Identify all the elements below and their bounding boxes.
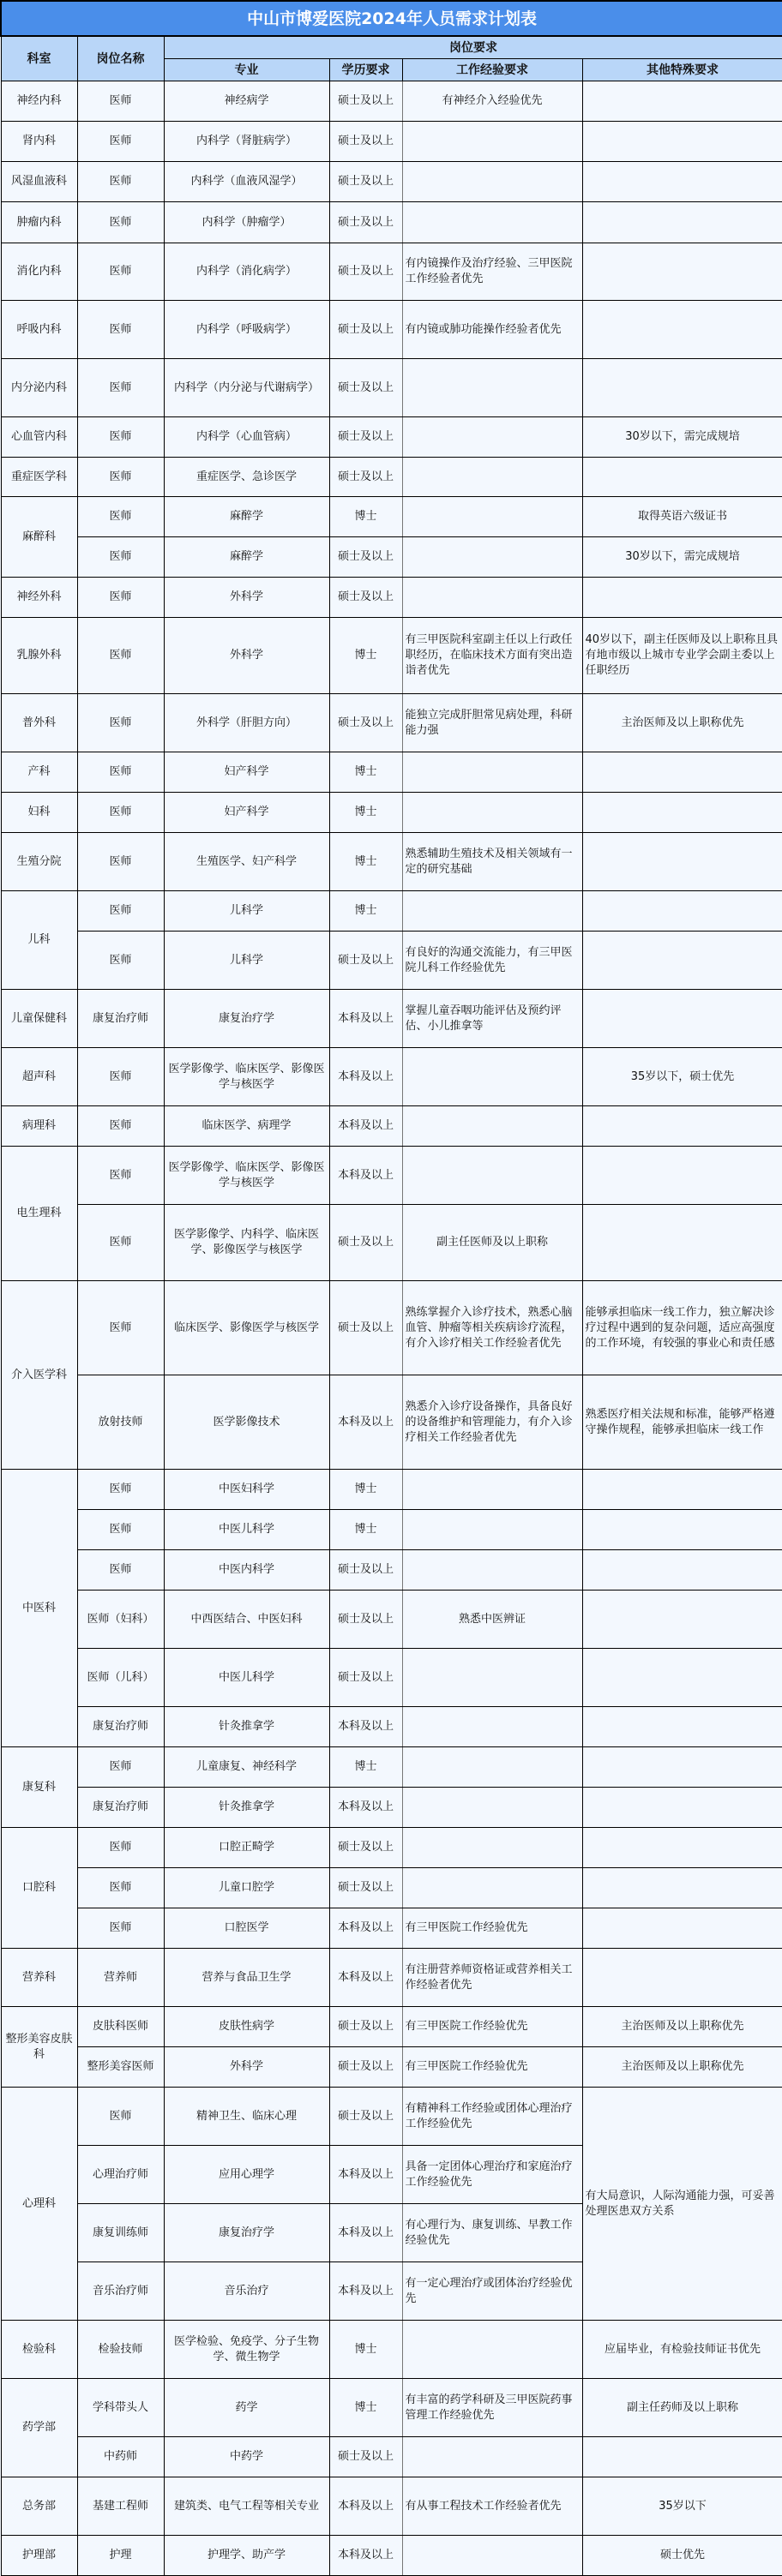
cell-major: 麻醉学 (164, 497, 329, 537)
cell-education: 本科及以上 (329, 1788, 402, 1828)
cell-dept: 介入医学科 (1, 1281, 77, 1470)
cell-major: 音乐治疗 (164, 2262, 329, 2321)
cell-major: 医学影像学、临床医学、影像医学与核医学 (164, 1048, 329, 1106)
cell-position: 医师 (77, 81, 164, 122)
cell-position: 医师 (77, 1205, 164, 1281)
table-row: 医师（妇科）中西医结合、中医妇科硕士及以上熟悉中医辨证 (1, 1591, 782, 1649)
cell-education: 博士 (329, 1470, 402, 1510)
cell-position: 医师 (77, 162, 164, 202)
cell-position: 医师 (77, 301, 164, 359)
header-position: 岗位名称 (77, 36, 164, 81)
cell-other (582, 578, 782, 618)
cell-education: 硕士及以上 (329, 578, 402, 618)
cell-dept: 麻醉科 (1, 497, 77, 578)
cell-dept: 超声科 (1, 1048, 77, 1106)
cell-experience: 有注册营养师资格证或营养相关工作经验者优先 (402, 1949, 582, 2007)
cell-major: 妇产科学 (164, 793, 329, 833)
cell-dept: 整形美容皮肤科 (1, 2007, 77, 2088)
cell-education: 硕士及以上 (329, 1550, 402, 1591)
cell-dept: 普外科 (1, 694, 77, 752)
cell-experience (402, 162, 582, 202)
cell-major: 中药学 (164, 2437, 329, 2477)
cell-other (582, 1949, 782, 2007)
table-row: 医师医学影像学、内科学、临床医学、影像医学与核医学硕士及以上副主任医师及以上职称 (1, 1205, 782, 1281)
cell-other (582, 1747, 782, 1788)
cell-education: 本科及以上 (329, 990, 402, 1048)
cell-experience (402, 1788, 582, 1828)
cell-education: 本科及以上 (329, 2146, 402, 2204)
cell-dept: 肾内科 (1, 122, 77, 162)
cell-major: 口腔正畸学 (164, 1828, 329, 1868)
cell-position: 康复治疗师 (77, 990, 164, 1048)
cell-experience (402, 1828, 582, 1868)
cell-major: 儿童口腔学 (164, 1868, 329, 1908)
cell-experience (402, 752, 582, 793)
cell-major: 医学影像学、临床医学、影像医学与核医学 (164, 1147, 329, 1205)
cell-education: 本科及以上 (329, 2477, 402, 2536)
cell-experience (402, 891, 582, 932)
table-row: 口腔科医师口腔正畸学硕士及以上 (1, 1828, 782, 1868)
cell-position: 护理 (77, 2536, 164, 2576)
cell-experience: 副主任医师及以上职称 (402, 1205, 582, 1281)
table-row: 中药师中药学硕士及以上 (1, 2437, 782, 2477)
cell-major: 内科学（肿瘤学） (164, 202, 329, 243)
cell-other: 主治医师及以上职称优先 (582, 2007, 782, 2047)
cell-position: 医师 (77, 1281, 164, 1375)
cell-other (582, 81, 782, 122)
cell-dept: 心血管内科 (1, 417, 77, 458)
table-row: 医师口腔医学本科及以上有三甲医院工作经验优先 (1, 1908, 782, 1949)
cell-education: 博士 (329, 497, 402, 537)
cell-position: 医师 (77, 618, 164, 694)
cell-major: 医学影像技术 (164, 1375, 329, 1470)
cell-experience (402, 2536, 582, 2576)
table-row: 医师麻醉学硕士及以上30岁以下，需完成规培 (1, 537, 782, 578)
cell-position: 医师 (77, 891, 164, 932)
cell-experience: 有神经介入经验优先 (402, 81, 582, 122)
cell-major: 精神卫生、临床心理 (164, 2088, 329, 2146)
cell-experience: 有一定心理治疗或团体治疗经验优先 (402, 2262, 582, 2321)
cell-major: 康复治疗学 (164, 990, 329, 1048)
cell-dept: 心理科 (1, 2088, 77, 2321)
cell-other: 副主任药师及以上职称 (582, 2379, 782, 2437)
table-row: 中医科医师中医妇科学博士 (1, 1470, 782, 1510)
cell-other (582, 752, 782, 793)
cell-experience: 有精神科工作经验或团体心理治疗工作经验优先 (402, 2088, 582, 2146)
cell-education: 硕士及以上 (329, 1868, 402, 1908)
cell-position: 康复治疗师 (77, 1707, 164, 1747)
cell-other (582, 243, 782, 301)
cell-other: 35岁以下，硕士优先 (582, 1048, 782, 1106)
cell-experience (402, 1048, 582, 1106)
cell-education: 博士 (329, 1510, 402, 1550)
cell-major: 医学检验、免疫学、分子生物学、微生物学 (164, 2321, 329, 2379)
cell-education: 本科及以上 (329, 1048, 402, 1106)
cell-other (582, 793, 782, 833)
cell-other (582, 932, 782, 990)
cell-experience: 有从事工程技术工作经验者优先 (402, 2477, 582, 2536)
cell-position: 医师 (77, 1908, 164, 1949)
cell-other (582, 1828, 782, 1868)
cell-experience (402, 1649, 582, 1707)
cell-dept: 检验科 (1, 2321, 77, 2379)
cell-dept: 药学部 (1, 2379, 77, 2477)
cell-position: 医师 (77, 243, 164, 301)
table-row: 儿童保健科康复治疗师康复治疗学本科及以上掌握儿童吞咽功能评估及预约评估、小儿推拿… (1, 990, 782, 1048)
cell-dept: 儿科 (1, 891, 77, 990)
cell-major: 生殖医学、妇产科学 (164, 833, 329, 891)
cell-major: 护理学、助产学 (164, 2536, 329, 2576)
cell-position: 整形美容医师 (77, 2047, 164, 2088)
cell-major: 中医儿科学 (164, 1510, 329, 1550)
cell-position: 基建工程师 (77, 2477, 164, 2536)
cell-education: 硕士及以上 (329, 122, 402, 162)
cell-experience: 具备一定团体心理治疗和家庭治疗工作经验优先 (402, 2146, 582, 2204)
table-row: 神经外科医师外科学硕士及以上 (1, 578, 782, 618)
table-row: 整形美容皮肤科皮肤科医师皮肤性病学硕士及以上有三甲医院工作经验优先主治医师及以上… (1, 2007, 782, 2047)
cell-position: 心理治疗师 (77, 2146, 164, 2204)
cell-other (582, 1649, 782, 1707)
table-row: 总务部基建工程师建筑类、电气工程等相关专业本科及以上有从事工程技术工作经验者优先… (1, 2477, 782, 2536)
cell-dept: 神经外科 (1, 578, 77, 618)
cell-education: 硕士及以上 (329, 932, 402, 990)
table-row: 心血管内科医师内科学（心血管病）硕士及以上30岁以下，需完成规培 (1, 417, 782, 458)
cell-other: 30岁以下，需完成规培 (582, 537, 782, 578)
table-row: 儿科医师儿科学博士 (1, 891, 782, 932)
cell-other (582, 833, 782, 891)
cell-experience (402, 1707, 582, 1747)
table-row: 妇科医师妇产科学博士 (1, 793, 782, 833)
cell-major: 外科学 (164, 2047, 329, 2088)
cell-major: 儿科学 (164, 891, 329, 932)
cell-experience (402, 537, 582, 578)
cell-education: 博士 (329, 752, 402, 793)
cell-experience: 有三甲医院工作经验优先 (402, 2047, 582, 2088)
table-row: 心理科医师精神卫生、临床心理硕士及以上有精神科工作经验或团体心理治疗工作经验优先… (1, 2088, 782, 2146)
table-row: 肿瘤内科医师内科学（肿瘤学）硕士及以上 (1, 202, 782, 243)
cell-experience (402, 2437, 582, 2477)
table-row: 超声科医师医学影像学、临床医学、影像医学与核医学本科及以上35岁以下，硕士优先 (1, 1048, 782, 1106)
cell-position: 检验技师 (77, 2321, 164, 2379)
cell-education: 博士 (329, 618, 402, 694)
table-row: 肾内科医师内科学（肾脏病学）硕士及以上 (1, 122, 782, 162)
cell-major: 中医妇科学 (164, 1470, 329, 1510)
cell-dept: 中医科 (1, 1470, 77, 1747)
cell-other (582, 202, 782, 243)
cell-position: 医师 (77, 1048, 164, 1106)
cell-experience: 有三甲医院工作经验优先 (402, 2007, 582, 2047)
cell-other (582, 1510, 782, 1550)
cell-experience (402, 458, 582, 497)
cell-major: 中西医结合、中医妇科 (164, 1591, 329, 1649)
cell-education: 本科及以上 (329, 1908, 402, 1949)
cell-education: 硕士及以上 (329, 359, 402, 417)
cell-position: 康复训练师 (77, 2204, 164, 2262)
cell-experience: 有丰富的药学科研及三甲医院药事管理工作经验优先 (402, 2379, 582, 2437)
cell-position: 医师 (77, 1510, 164, 1550)
cell-experience: 熟悉中医辨证 (402, 1591, 582, 1649)
cell-experience (402, 2321, 582, 2379)
cell-dept: 重症医学科 (1, 458, 77, 497)
header-requirements: 岗位要求 (164, 36, 782, 59)
cell-experience (402, 417, 582, 458)
cell-major: 内科学（消化病学） (164, 243, 329, 301)
cell-position: 医师 (77, 578, 164, 618)
cell-position: 医师 (77, 1747, 164, 1788)
cell-dept: 肿瘤内科 (1, 202, 77, 243)
table-body: 神经内科医师神经病学硕士及以上有神经介入经验优先肾内科医师内科学（肾脏病学）硕士… (1, 81, 782, 2576)
table-row: 医师儿科学硕士及以上有良好的沟通交流能力，有三甲医院儿科工作经验优先 (1, 932, 782, 990)
cell-major: 内科学（肾脏病学） (164, 122, 329, 162)
cell-experience (402, 359, 582, 417)
cell-experience (402, 1550, 582, 1591)
cell-experience (402, 1747, 582, 1788)
cell-dept: 儿童保健科 (1, 990, 77, 1048)
cell-experience (402, 1510, 582, 1550)
cell-education: 硕士及以上 (329, 1205, 402, 1281)
cell-major: 儿童康复、神经科学 (164, 1747, 329, 1788)
cell-major: 药学 (164, 2379, 329, 2437)
cell-education: 硕士及以上 (329, 2047, 402, 2088)
cell-education: 硕士及以上 (329, 2437, 402, 2477)
cell-position: 医师 (77, 417, 164, 458)
table-row: 检验科检验技师医学检验、免疫学、分子生物学、微生物学博士应届毕业，有检验技师证书… (1, 2321, 782, 2379)
cell-dept: 口腔科 (1, 1828, 77, 1949)
cell-position: 医师 (77, 458, 164, 497)
cell-education: 本科及以上 (329, 1949, 402, 2007)
table-row: 医师中医内科学硕士及以上 (1, 1550, 782, 1591)
cell-position: 医师 (77, 2088, 164, 2146)
cell-education: 硕士及以上 (329, 243, 402, 301)
cell-education: 硕士及以上 (329, 162, 402, 202)
cell-education: 博士 (329, 2379, 402, 2437)
cell-experience (402, 1868, 582, 1908)
cell-education: 本科及以上 (329, 2204, 402, 2262)
table-row: 产科医师妇产科学博士 (1, 752, 782, 793)
table-row: 重症医学科医师重症医学、急诊医学硕士及以上 (1, 458, 782, 497)
cell-experience: 熟悉介入诊疗设备操作，具备良好的设备维护和管理能力，有介入诊疗相关工作经验者优先 (402, 1375, 582, 1470)
cell-major: 口腔医学 (164, 1908, 329, 1949)
cell-other (582, 162, 782, 202)
cell-experience (402, 122, 582, 162)
cell-education: 博士 (329, 891, 402, 932)
cell-position: 康复治疗师 (77, 1788, 164, 1828)
table-row: 介入医学科医师临床医学、影像医学与核医学硕士及以上熟练掌握介入诊疗技术，熟悉心脑… (1, 1281, 782, 1375)
table-row: 药学部学科带头人药学博士有丰富的药学科研及三甲医院药事管理工作经验优先副主任药师… (1, 2379, 782, 2437)
cell-major: 内科学（血液风湿学） (164, 162, 329, 202)
cell-experience: 熟练掌握介入诊疗技术，熟悉心脑血管、肿瘤等相关疾病诊疗流程，有介入诊疗相关工作经… (402, 1281, 582, 1375)
cell-other: 40岁以下，副主任医师及以上职称且具有地市级以上城市专业学会副主委以上任职经历 (582, 618, 782, 694)
cell-position: 医师 (77, 1868, 164, 1908)
cell-experience: 熟悉辅助生殖技术及相关领域有一定的研究基础 (402, 833, 582, 891)
cell-major: 外科学 (164, 618, 329, 694)
cell-other: 有大局意识，人际沟通能力强，可妥善处理医患双方关系 (582, 2088, 782, 2321)
cell-education: 硕士及以上 (329, 417, 402, 458)
cell-education: 本科及以上 (329, 1707, 402, 1747)
cell-experience: 有心理行为、康复训练、早教工作经验优先 (402, 2204, 582, 2262)
cell-major: 麻醉学 (164, 537, 329, 578)
table-row: 放射技师医学影像技术本科及以上熟悉介入诊疗设备操作，具备良好的设备维护和管理能力… (1, 1375, 782, 1470)
cell-position: 医师 (77, 537, 164, 578)
cell-dept: 总务部 (1, 2477, 77, 2536)
cell-dept: 呼吸内科 (1, 301, 77, 359)
cell-position: 医师 (77, 1828, 164, 1868)
cell-major: 神经病学 (164, 81, 329, 122)
table-row: 乳腺外科医师外科学博士有三甲医院科室副主任以上行政任职经历，在临床技术方面有突出… (1, 618, 782, 694)
table-row: 消化内科医师内科学（消化病学）硕士及以上有内镜操作及治疗经验、三甲医院工作经验者… (1, 243, 782, 301)
cell-education: 本科及以上 (329, 1106, 402, 1147)
cell-major: 针灸推拿学 (164, 1707, 329, 1747)
cell-position: 医师 (77, 497, 164, 537)
header-other: 其他特殊要求 (582, 59, 782, 81)
table-row: 医师儿童口腔学硕士及以上 (1, 1868, 782, 1908)
header-major: 专业 (164, 59, 329, 81)
cell-major: 营养与食品卫生学 (164, 1949, 329, 2007)
cell-other: 熟悉医疗相关法规和标准，能够严格遵守操作规程，能够承担临床一线工作 (582, 1375, 782, 1470)
table-row: 医师（儿科）中医儿科学硕士及以上 (1, 1649, 782, 1707)
cell-experience: 有三甲医院工作经验优先 (402, 1908, 582, 1949)
cell-other (582, 122, 782, 162)
cell-other (582, 1908, 782, 1949)
table-row: 神经内科医师神经病学硕士及以上有神经介入经验优先 (1, 81, 782, 122)
cell-position: 医师（妇科） (77, 1591, 164, 1649)
cell-position: 医师 (77, 1106, 164, 1147)
cell-position: 医师 (77, 932, 164, 990)
cell-major: 临床医学、病理学 (164, 1106, 329, 1147)
cell-dept: 风湿血液科 (1, 162, 77, 202)
cell-education: 本科及以上 (329, 2262, 402, 2321)
cell-experience (402, 1470, 582, 1510)
table-row: 康复治疗师针灸推拿学本科及以上 (1, 1788, 782, 1828)
table-row: 营养科营养师营养与食品卫生学本科及以上有注册营养师资格证或营养相关工作经验者优先 (1, 1949, 782, 2007)
cell-position: 医师 (77, 833, 164, 891)
cell-education: 博士 (329, 2321, 402, 2379)
table-row: 康复科医师儿童康复、神经科学博士 (1, 1747, 782, 1788)
cell-other: 主治医师及以上职称优先 (582, 694, 782, 752)
cell-position: 医师 (77, 359, 164, 417)
cell-experience: 有良好的沟通交流能力，有三甲医院儿科工作经验优先 (402, 932, 582, 990)
cell-other: 30岁以下，需完成规培 (582, 417, 782, 458)
cell-experience: 能独立完成肝胆常见病处理，科研能力强 (402, 694, 582, 752)
table-row: 电生理科医师医学影像学、临床医学、影像医学与核医学本科及以上 (1, 1147, 782, 1205)
cell-other (582, 1205, 782, 1281)
cell-major: 内科学（呼吸病学） (164, 301, 329, 359)
table-row: 医师中医儿科学博士 (1, 1510, 782, 1550)
cell-experience: 有三甲医院科室副主任以上行政任职经历，在临床技术方面有突出造诣者优先 (402, 618, 582, 694)
cell-experience (402, 497, 582, 537)
table-row: 整形美容医师外科学硕士及以上有三甲医院工作经验优先主治医师及以上职称优先 (1, 2047, 782, 2088)
cell-education: 硕士及以上 (329, 301, 402, 359)
cell-dept: 内分泌内科 (1, 359, 77, 417)
cell-major: 康复治疗学 (164, 2204, 329, 2262)
cell-other (582, 1106, 782, 1147)
table-row: 病理科医师临床医学、病理学本科及以上 (1, 1106, 782, 1147)
cell-education: 博士 (329, 1747, 402, 1788)
cell-other (582, 301, 782, 359)
cell-experience: 掌握儿童吞咽功能评估及预约评估、小儿推拿等 (402, 990, 582, 1048)
cell-position: 医师 (77, 122, 164, 162)
cell-position: 医师 (77, 202, 164, 243)
cell-position: 皮肤科医师 (77, 2007, 164, 2047)
cell-dept: 消化内科 (1, 243, 77, 301)
cell-other: 35岁以下 (582, 2477, 782, 2536)
cell-major: 针灸推拿学 (164, 1788, 329, 1828)
cell-other (582, 1868, 782, 1908)
header-dept: 科室 (1, 36, 77, 81)
cell-other (582, 359, 782, 417)
cell-other: 硕士优先 (582, 2536, 782, 2576)
cell-major: 皮肤性病学 (164, 2007, 329, 2047)
cell-position: 医师（儿科） (77, 1649, 164, 1707)
cell-position: 放射技师 (77, 1375, 164, 1470)
cell-education: 硕士及以上 (329, 81, 402, 122)
cell-experience (402, 1147, 582, 1205)
cell-major: 中医儿科学 (164, 1649, 329, 1707)
cell-education: 硕士及以上 (329, 202, 402, 243)
cell-other (582, 2437, 782, 2477)
staffing-plan-table: 中山市博爱医院2024年人员需求计划表 科室 岗位名称 岗位要求 专业 学历要求… (0, 0, 782, 2576)
cell-education: 硕士及以上 (329, 537, 402, 578)
cell-education: 硕士及以上 (329, 1649, 402, 1707)
table-row: 风湿血液科医师内科学（血液风湿学）硕士及以上 (1, 162, 782, 202)
cell-other (582, 1550, 782, 1591)
cell-dept: 电生理科 (1, 1147, 77, 1281)
cell-education: 硕士及以上 (329, 1828, 402, 1868)
cell-education: 本科及以上 (329, 1375, 402, 1470)
cell-other: 能够承担临床一线工作力，独立解决诊疗过程中遇到的复杂问题，适应高强度的工作环境，… (582, 1281, 782, 1375)
cell-other (582, 458, 782, 497)
cell-dept: 营养科 (1, 1949, 77, 2007)
cell-other (582, 891, 782, 932)
table-row: 生殖分院医师生殖医学、妇产科学博士熟悉辅助生殖技术及相关领域有一定的研究基础 (1, 833, 782, 891)
cell-position: 医师 (77, 1550, 164, 1591)
header-experience: 工作经验要求 (402, 59, 582, 81)
cell-education: 博士 (329, 833, 402, 891)
cell-other (582, 1707, 782, 1747)
table-row: 康复治疗师针灸推拿学本科及以上 (1, 1707, 782, 1747)
cell-experience (402, 202, 582, 243)
cell-major: 临床医学、影像医学与核医学 (164, 1281, 329, 1375)
table-row: 呼吸内科医师内科学（呼吸病学）硕士及以上有内镜或肺功能操作经验者优先 (1, 301, 782, 359)
cell-major: 外科学（肝胆方向） (164, 694, 329, 752)
cell-position: 学科带头人 (77, 2379, 164, 2437)
cell-education: 硕士及以上 (329, 458, 402, 497)
cell-major: 儿科学 (164, 932, 329, 990)
cell-other (582, 1470, 782, 1510)
cell-dept: 康复科 (1, 1747, 77, 1828)
cell-education: 硕士及以上 (329, 2007, 402, 2047)
cell-experience (402, 793, 582, 833)
cell-major: 妇产科学 (164, 752, 329, 793)
cell-dept: 病理科 (1, 1106, 77, 1147)
table-row: 普外科医师外科学（肝胆方向）硕士及以上能独立完成肝胆常见病处理，科研能力强主治医… (1, 694, 782, 752)
table-row: 护理部护理护理学、助产学本科及以上硕士优先 (1, 2536, 782, 2576)
cell-major: 应用心理学 (164, 2146, 329, 2204)
cell-major: 医学影像学、内科学、临床医学、影像医学与核医学 (164, 1205, 329, 1281)
cell-dept: 生殖分院 (1, 833, 77, 891)
cell-education: 博士 (329, 793, 402, 833)
cell-position: 医师 (77, 793, 164, 833)
cell-dept: 乳腺外科 (1, 618, 77, 694)
cell-position: 医师 (77, 1147, 164, 1205)
cell-other: 主治医师及以上职称优先 (582, 2047, 782, 2088)
cell-position: 医师 (77, 752, 164, 793)
page-title: 中山市博爱医院2024年人员需求计划表 (1, 1, 782, 36)
cell-dept: 产科 (1, 752, 77, 793)
cell-experience: 有内镜操作及治疗经验、三甲医院工作经验者优先 (402, 243, 582, 301)
cell-other (582, 990, 782, 1048)
cell-major: 重症医学、急诊医学 (164, 458, 329, 497)
